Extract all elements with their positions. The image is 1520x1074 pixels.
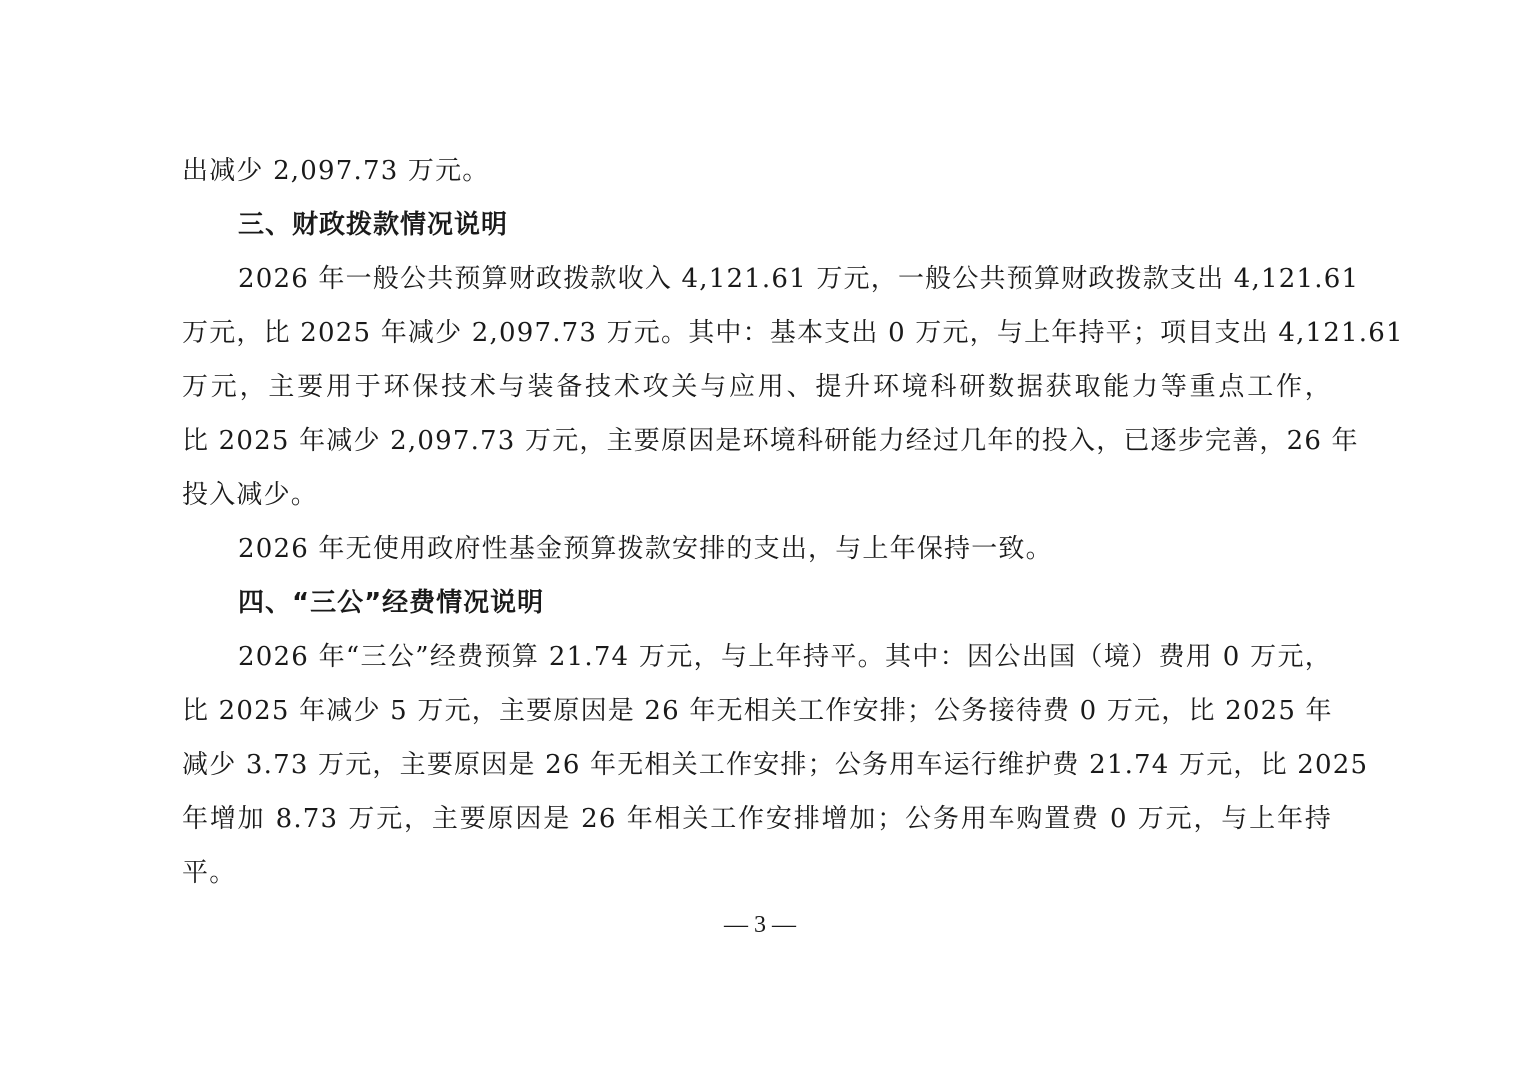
paragraph-line: 出减少 2,097.73 万元。 [182, 154, 1332, 188]
section-heading-three-public-expenses: 四、“三公”经费情况说明 [238, 586, 1332, 620]
paragraph-line: 比 2025 年减少 5 万元，主要原因是 26 年无相关工作安排；公务接待费 … [182, 694, 1332, 728]
paragraph-line: 减少 3.73 万元，主要原因是 26 年无相关工作安排；公务用车运行维护费 2… [182, 748, 1332, 782]
paragraph-line: 投入减少。 [182, 478, 1332, 512]
paragraph-line: 2026 年“三公”经费预算 21.74 万元，与上年持平。其中：因公出国（境）… [238, 640, 1332, 674]
paragraph-line: 万元，比 2025 年减少 2,097.73 万元。其中：基本支出 0 万元，与… [182, 316, 1332, 350]
page-number: — 3 — [0, 910, 1520, 940]
section-heading-fiscal-appropriation: 三、财政拨款情况说明 [238, 208, 1332, 242]
paragraph-line: 平。 [182, 856, 1332, 890]
paragraph-line: 年增加 8.73 万元，主要原因是 26 年相关工作安排增加；公务用车购置费 0… [182, 802, 1332, 836]
paragraph-line: 2026 年一般公共预算财政拨款收入 4,121.61 万元，一般公共预算财政拨… [238, 262, 1332, 296]
paragraph-line: 2026 年无使用政府性基金预算拨款安排的支出，与上年保持一致。 [238, 532, 1332, 566]
paragraph-line: 万元，主要用于环保技术与装备技术攻关与应用、提升环境科研数据获取能力等重点工作， [182, 370, 1332, 404]
paragraph-line: 比 2025 年减少 2,097.73 万元，主要原因是环境科研能力经过几年的投… [182, 424, 1332, 458]
document-page: 出减少 2,097.73 万元。 三、财政拨款情况说明 2026 年一般公共预算… [0, 0, 1520, 1074]
